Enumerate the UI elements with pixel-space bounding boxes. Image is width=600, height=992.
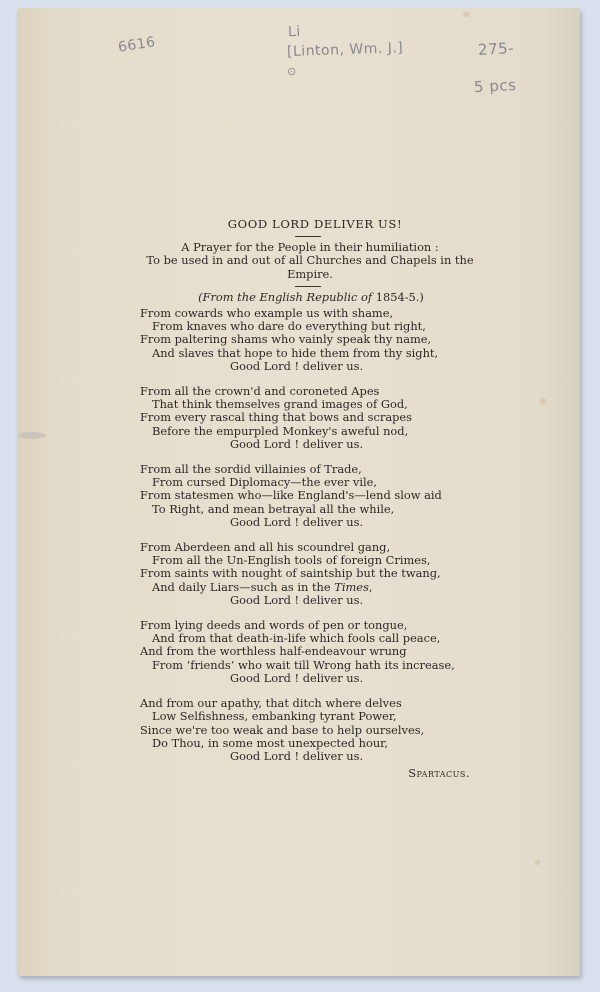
- verse-line: Low Selfishness, embanking tyrant Power,: [140, 710, 480, 723]
- handwritten-pieces: 5 pcs: [474, 76, 517, 96]
- refrain-line: Good Lord ! deliver us.: [140, 516, 480, 529]
- verse-punctuation: ,: [369, 580, 373, 594]
- verse-line: And from the worthless half-endeavour wr…: [140, 645, 480, 658]
- handwritten-price: 275-: [478, 39, 515, 59]
- divider-rule: [295, 236, 321, 237]
- verse-line: Since we're too weak and base to help ou…: [140, 724, 480, 737]
- verse-line: Before the empurpled Monkey's aweful nod…: [140, 425, 480, 438]
- refrain-line: Good Lord ! deliver us.: [140, 438, 480, 451]
- document-subtitle: A Prayer for the People in their humilia…: [134, 241, 486, 281]
- subtitle-line: To be used in and out of all Churches an…: [134, 254, 486, 267]
- stanza: From Aberdeen and all his scoundrel gang…: [140, 541, 480, 607]
- stanza: From all the sordid villainies of Trade,…: [140, 463, 480, 529]
- author-signature: Spartacus.: [140, 767, 480, 780]
- stanza: From cowards who example us with shame, …: [140, 307, 480, 373]
- foxing-spot: [540, 398, 546, 404]
- verse-line: And slaves that hope to hide them from t…: [140, 347, 480, 360]
- refrain-line: Good Lord ! deliver us.: [140, 750, 480, 763]
- foxing-spot: [535, 860, 540, 865]
- foxing-spot: [463, 12, 470, 17]
- refrain-line: Good Lord ! deliver us.: [140, 360, 480, 373]
- verse-line: From every rascal thing that bows and sc…: [140, 411, 480, 424]
- times-newspaper-italic: Times: [334, 580, 369, 594]
- refrain-line: Good Lord ! deliver us.: [140, 672, 480, 685]
- verse-line: From paltering shams who vainly speak th…: [140, 333, 480, 346]
- handwritten-catalog-code: Li: [288, 24, 302, 41]
- verse-text: And daily Liars—such as in the: [152, 580, 334, 594]
- stanza: From lying deeds and words of pen or ton…: [140, 619, 480, 685]
- source-year: 1854-5.): [376, 290, 424, 304]
- subtitle-line: Empire.: [134, 268, 486, 281]
- refrain-line: Good Lord ! deliver us.: [140, 594, 480, 607]
- verse-line: Do Thou, in some most unexpected hour,: [140, 737, 480, 750]
- verse-line: From ‘friends’ who wait till Wrong hath …: [140, 659, 480, 672]
- printed-broadside: GOOD LORD DELIVER US! A Prayer for the P…: [140, 218, 480, 780]
- stanza: And from our apathy, that ditch where de…: [140, 697, 480, 763]
- paper-tear: [18, 432, 46, 439]
- document-title: GOOD LORD DELIVER US!: [150, 218, 480, 231]
- verse-line: And daily Liars—such as in the Times,: [140, 581, 480, 594]
- verse-line: From statesmen who—like England's—lend s…: [140, 489, 480, 502]
- handwritten-circle-mark: ⊙: [287, 65, 297, 78]
- source-citation: (From the English Republic of 1854-5.): [142, 291, 480, 304]
- stanza: From all the crown'd and coroneted Apes …: [140, 385, 480, 451]
- verse-line: To Right, and mean betrayal all the whil…: [140, 503, 480, 516]
- source-prefix: (From the English Republic of: [198, 290, 372, 304]
- divider-rule: [295, 286, 321, 287]
